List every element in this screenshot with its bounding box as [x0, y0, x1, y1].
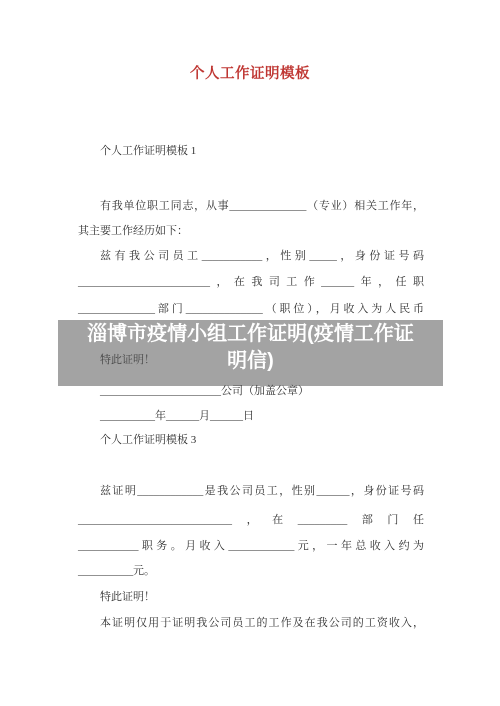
document-page: 个人工作证明模板 个人工作证明模板 1 有我单位职工同志，从事_________… [0, 0, 500, 706]
line-template3-yuan: __________元。 [78, 564, 424, 579]
line-department-position: ______________部门______________（职位），月收入为人… [78, 302, 424, 317]
line-purpose-statement: 本证明仅用于证明我公司员工的工作及在我公司的工资收入， [78, 616, 424, 631]
overlay-banner-title-line1: 淄博市疫情小组工作证明(疫情工作证 [58, 321, 443, 348]
line-company-seal: ______________________公司（加盖公章） [78, 384, 424, 399]
line-template1-intro: 有我单位职工同志，从事______________（专业）相关工作年， [78, 199, 424, 214]
line-template3-heading: 个人工作证明模板 3 [78, 433, 424, 448]
line-work-history-label: 其主要工作经历如下： [78, 224, 424, 239]
line-employee-info: 兹有我公司员工___________，性别_____，身份证号码 [78, 249, 424, 264]
overlay-banner-title-line2: 明信) [58, 348, 443, 375]
line-template3-employee-info: 兹证明____________是我公司员工，性别______，身份证号码 [78, 484, 424, 499]
line-hereby-certify-2: 特此证明！ [78, 590, 424, 605]
document-title: 个人工作证明模板 [0, 62, 500, 83]
line-company-work-years: ________________________，在我司工作______年，任职 [78, 275, 424, 290]
line-template3-income: ___________职务。月收入____________元，一年总收入约为 [78, 539, 424, 554]
line-template1-heading: 个人工作证明模板 1 [78, 144, 424, 159]
line-template3-department: ____________________________，在_________部… [78, 513, 424, 528]
line-date: __________年______月______日 [78, 409, 424, 424]
overlay-banner-title: 淄博市疫情小组工作证明(疫情工作证 明信) [58, 321, 443, 375]
